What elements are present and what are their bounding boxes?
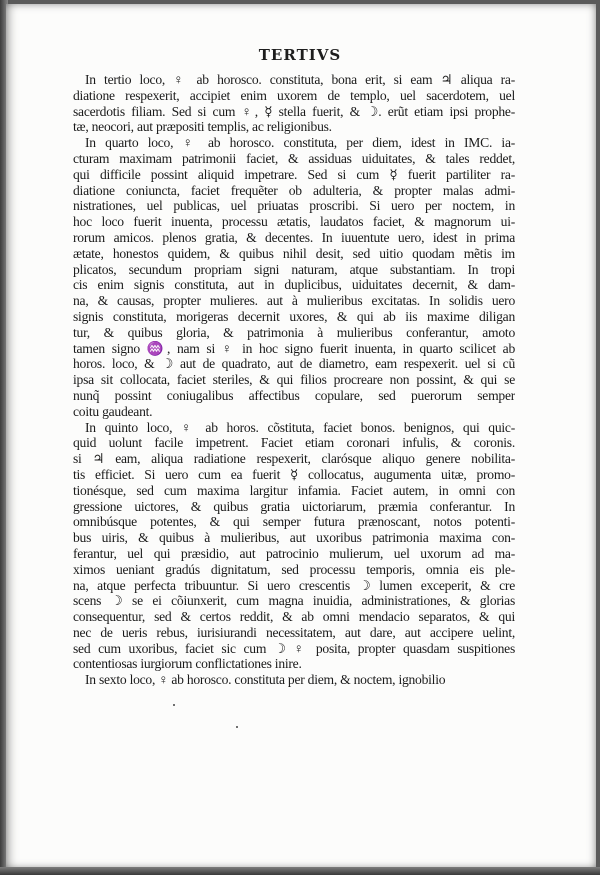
text-line: scens ☽ se ei cõiunxerit, cum magna inui… [73,593,515,609]
text-line: quid uolunt facile impetrent. Faciet eti… [73,435,515,451]
text-line: In tertio loco, ♀ ab horosco. constituta… [73,72,515,88]
text-line: hoc loco fuerit inuenta, processu ætatis… [73,214,515,230]
running-head: TERTIVS [0,46,600,64]
text-line: In sexto loco, ♀ ab horosco. constituta … [73,672,515,688]
text-line: tionésque, sed cum maxima largitur infam… [73,483,515,499]
text-line: tur, & quibus gloria, & patrimonia à mul… [73,325,515,341]
text-line: coitu gaudeant. [73,404,515,420]
text-line: sacerdotis filiam. Sed si cum ♀, ☿ stell… [73,104,515,120]
text-line: nistrationes, uel publicas, uel priuatas… [73,198,515,214]
text-line: omnibúsque potentes, & qui semper futura… [73,514,515,530]
text-line: ximos ueniant gradús dignitatum, sed pro… [73,562,515,578]
text-line: bus uiris, & quibus à mulieribus, aut ux… [73,530,515,546]
scan-speck [173,704,175,706]
text-line: ferantur, uel qui præsidio, aut patrocin… [73,546,515,562]
text-line: na, atque perfecta tribuuntur. Si uero c… [73,578,515,594]
text-line: cturam maximam patrimonii faciet, & assi… [73,151,515,167]
text-line: In quarto loco, ♀ ab horosco. constituta… [73,135,515,151]
text-line: In quinto loco, ♀ ab horos. cõstituta, f… [73,420,515,436]
body-text: In tertio loco, ♀ ab horosco. constituta… [73,72,515,688]
scan-bottom-edge [0,867,600,875]
text-line: contentiosas iurgiorum conflictationes i… [73,656,515,672]
text-line: consequentur, sed & certos reddit, & ab … [73,609,515,625]
text-line: rorum amicos. plenos gratia, & decentes.… [73,230,515,246]
text-line: qui difficile possint aliquid impetrare.… [73,167,515,183]
text-line: ipsa sit collocata, faciet steriles, & q… [73,372,515,388]
text-line: sed cum uxoribus, faciet sic cum ☽ ♀ pos… [73,641,515,657]
text-line: diatione respexerit, accipiet enim uxore… [73,88,515,104]
text-line: na, & causas, propter mulieres. aut à mu… [73,293,515,309]
text-line: nec de ueris rebus, iurisiurandi necessi… [73,625,515,641]
text-line: gressione uictores, & quibus gratia uict… [73,499,515,515]
text-line: plicatos, secundum propriam signi natura… [73,262,515,278]
text-line: si ♃ eam, aliqua radiatione respexerit, … [73,451,515,467]
text-line: horos. loco, & ☽ aut de quadrato, aut de… [73,356,515,372]
text-line: diatione coniuncta, faciet frequẽter ob … [73,183,515,199]
text-line: ætate, honestos quidem, & quibus nihil d… [73,246,515,262]
text-line: nunq̃ possint coniugalibus affectibus co… [73,388,515,404]
text-line: tis efficiet. Si uero cum ea fuerit ☿ co… [73,467,515,483]
text-line: tamen signo ♒, nam si ♀ in hoc signo fue… [73,341,515,357]
scan-speck [236,726,238,728]
text-line: cis enim signis constituta, aut in dupli… [73,277,515,293]
text-line: signis constituta, morigeras decernit ux… [73,309,515,325]
text-line: tæ, neocori, aut præpositi templis, ac r… [73,119,515,135]
